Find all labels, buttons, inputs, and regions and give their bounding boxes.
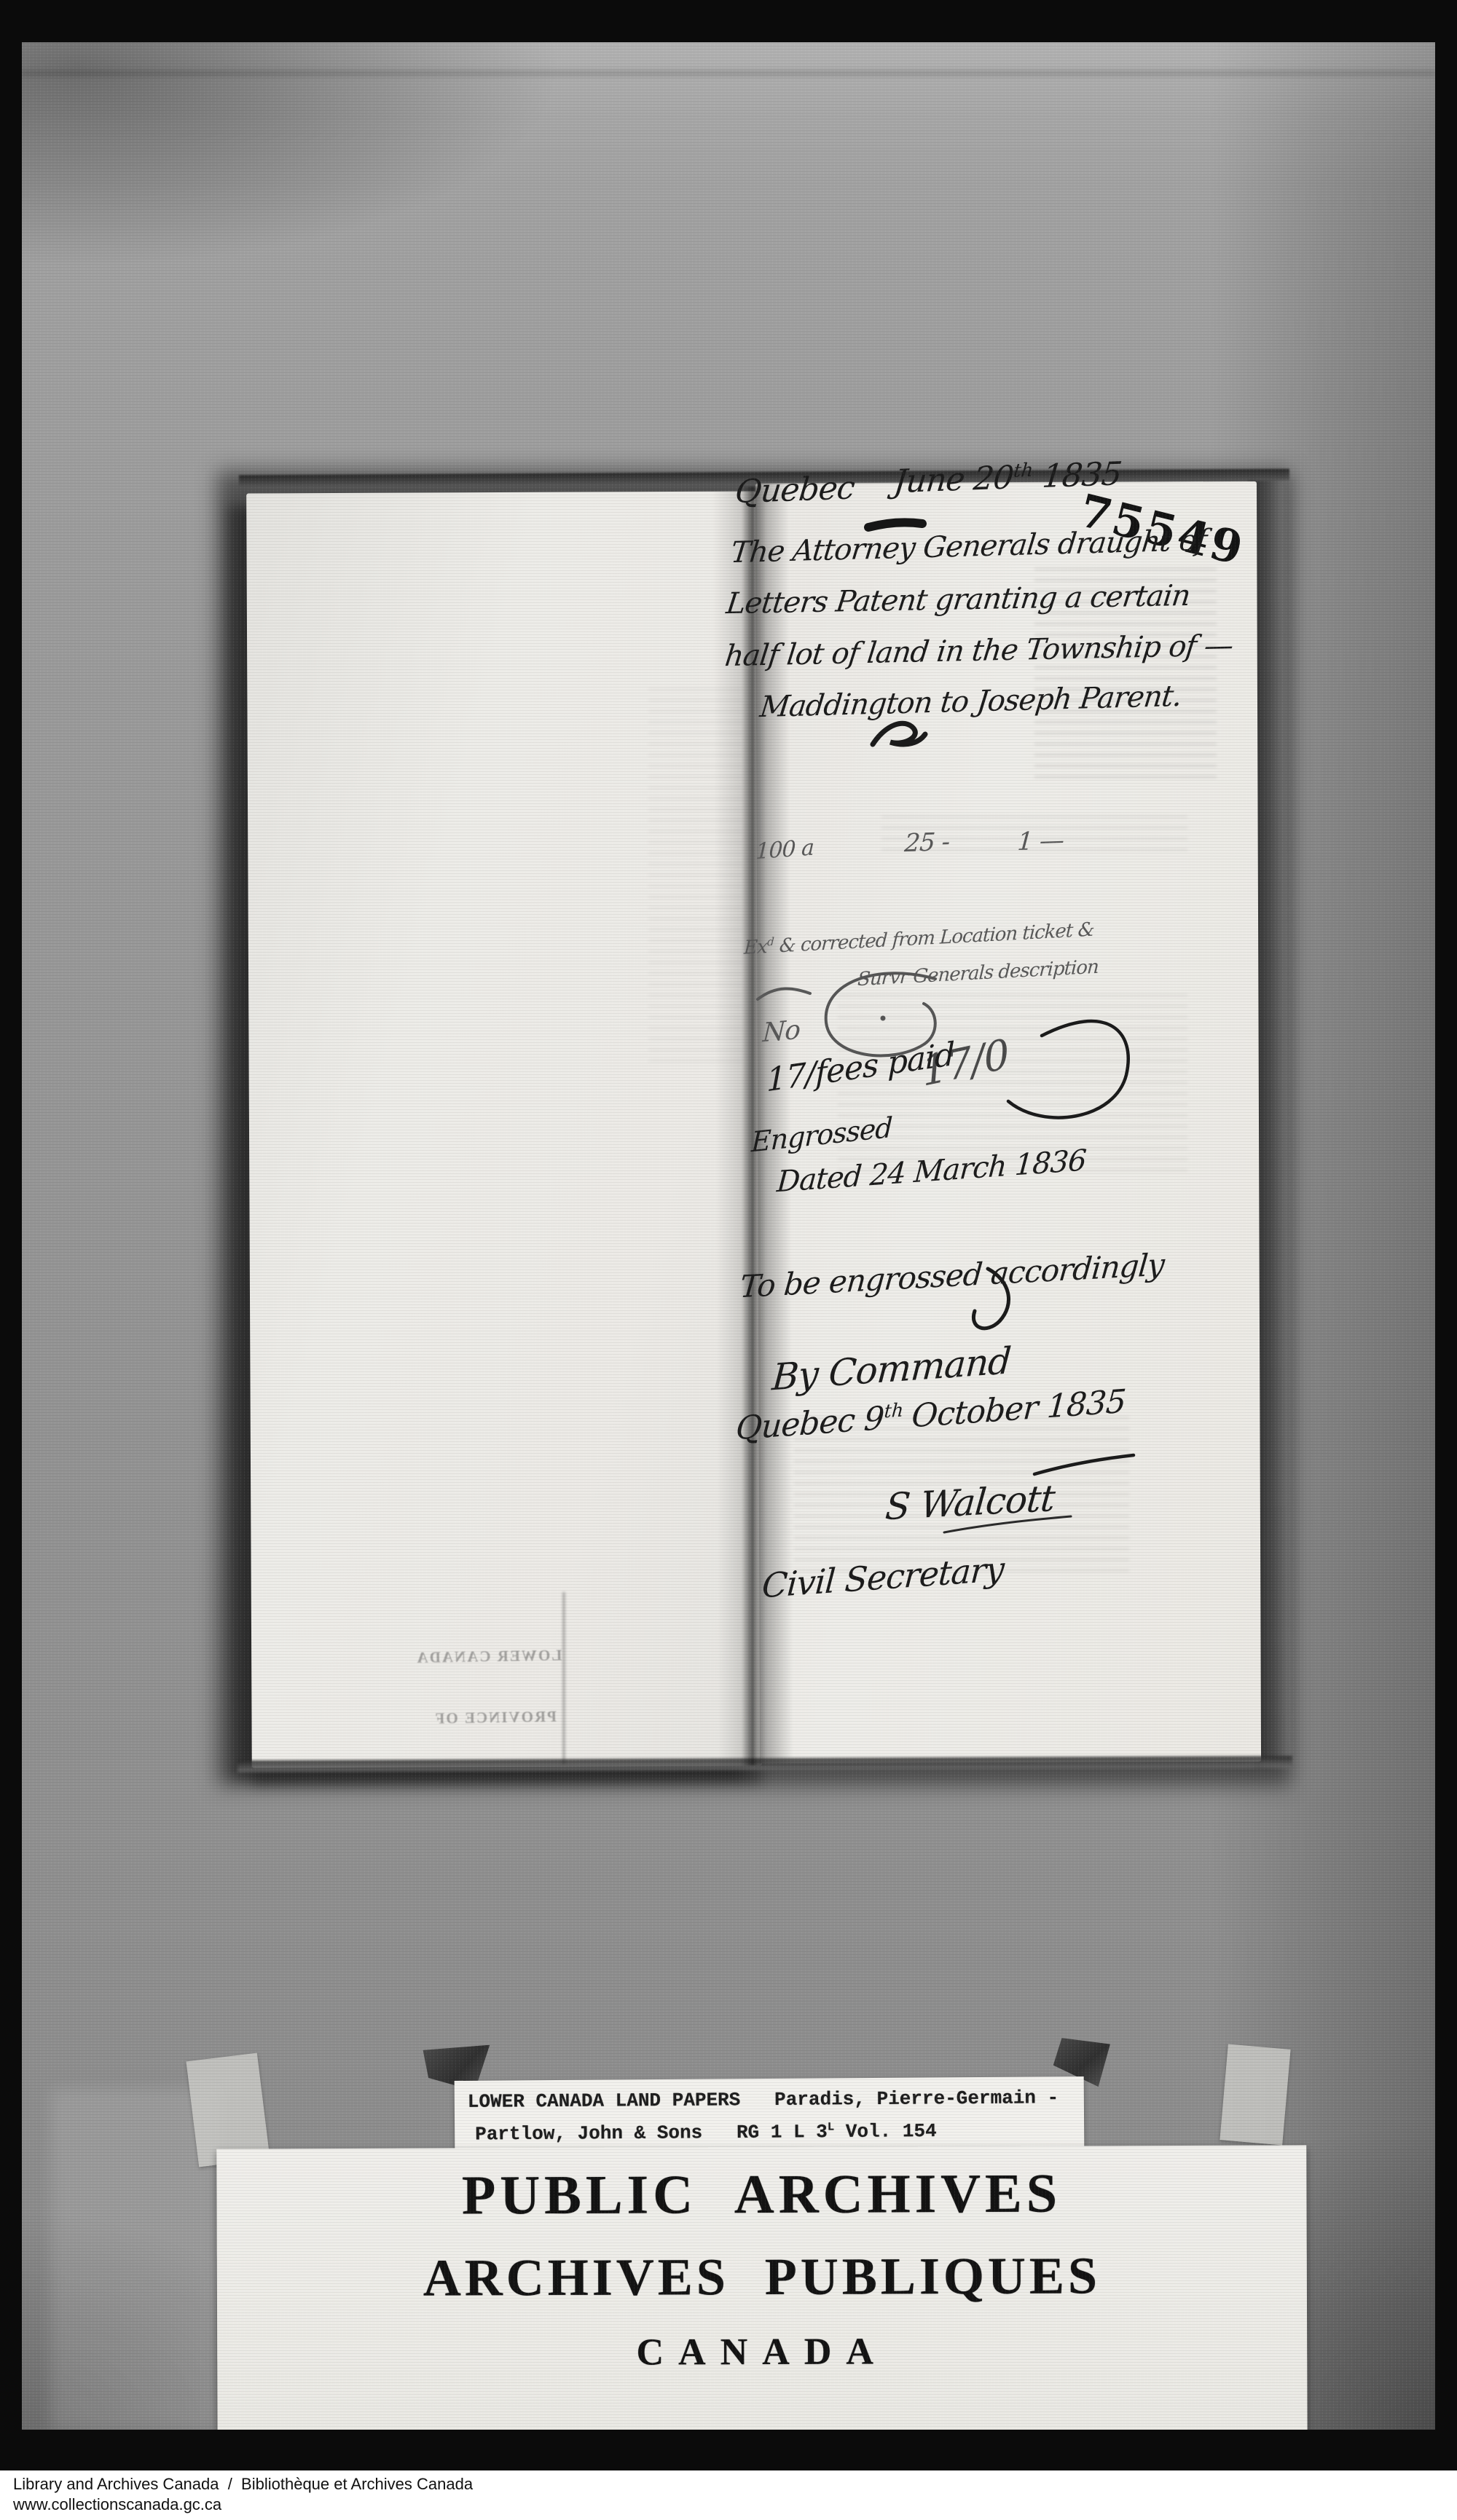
signature: S Walcott	[884, 1477, 1056, 1529]
catalog-ref-prefix: Partlow, John & Sons RG 1 L 3	[475, 2121, 828, 2145]
catalog-ref-sup: L	[828, 2120, 834, 2133]
catalog-label: LOWER CANADA LAND PAPERS Paradis, Pierre…	[455, 2076, 1085, 2152]
exd-prefix: Ex	[743, 936, 767, 959]
monogram: No	[762, 1015, 801, 1049]
footer-url: www.collectionscanada.gc.ca	[13, 2495, 221, 2514]
figures-entry: 1 —	[1016, 826, 1064, 857]
catalog-ref-suffix: Vol. 154	[834, 2120, 937, 2143]
scan-frame: LOWER CANADA PROVINCE OF Quebec June 20t…	[0, 0, 1457, 2520]
date-day: June 20	[892, 459, 1016, 500]
archive-card-line1: PUBLIC ARCHIVES	[216, 2161, 1306, 2228]
photo-crease	[22, 70, 1435, 76]
bleedthrough-line: LOWER CANADA	[426, 1645, 562, 1667]
footer-bar: Library and Archives Canada / Bibliothèq…	[0, 2470, 1457, 2520]
place-annotation: Quebec	[734, 469, 857, 511]
archive-card-line3: CANADA	[217, 2328, 1307, 2375]
bleedthrough-line: PROVINCE OF	[428, 1706, 563, 1728]
figures-entry: 100 a	[755, 835, 814, 865]
archive-card: PUBLIC ARCHIVES ARCHIVES PUBLIQUES CANAD…	[216, 2145, 1308, 2430]
catalog-label-line1: LOWER CANADA LAND PAPERS Paradis, Pierre…	[468, 2084, 1084, 2116]
catalog-label-line2: Partlow, John & Sons RG 1 L 3L Vol. 154	[468, 2111, 1084, 2149]
tape-piece	[1220, 2044, 1290, 2146]
date-ordinal: th	[1013, 460, 1034, 482]
left-page	[246, 491, 762, 1768]
command-ordinal: th	[884, 1399, 905, 1422]
archive-card-line2: ARCHIVES PUBLIQUES	[217, 2245, 1307, 2309]
footer-org-line: Library and Archives Canada / Bibliothèq…	[13, 2475, 473, 2494]
figures-entry: 25 -	[903, 827, 950, 858]
photo-light-patch	[51, 2089, 219, 2430]
archival-photo: LOWER CANADA PROVINCE OF Quebec June 20t…	[22, 42, 1435, 2430]
bleedthrough-text: LOWER CANADA PROVINCE OF	[425, 1604, 564, 1769]
